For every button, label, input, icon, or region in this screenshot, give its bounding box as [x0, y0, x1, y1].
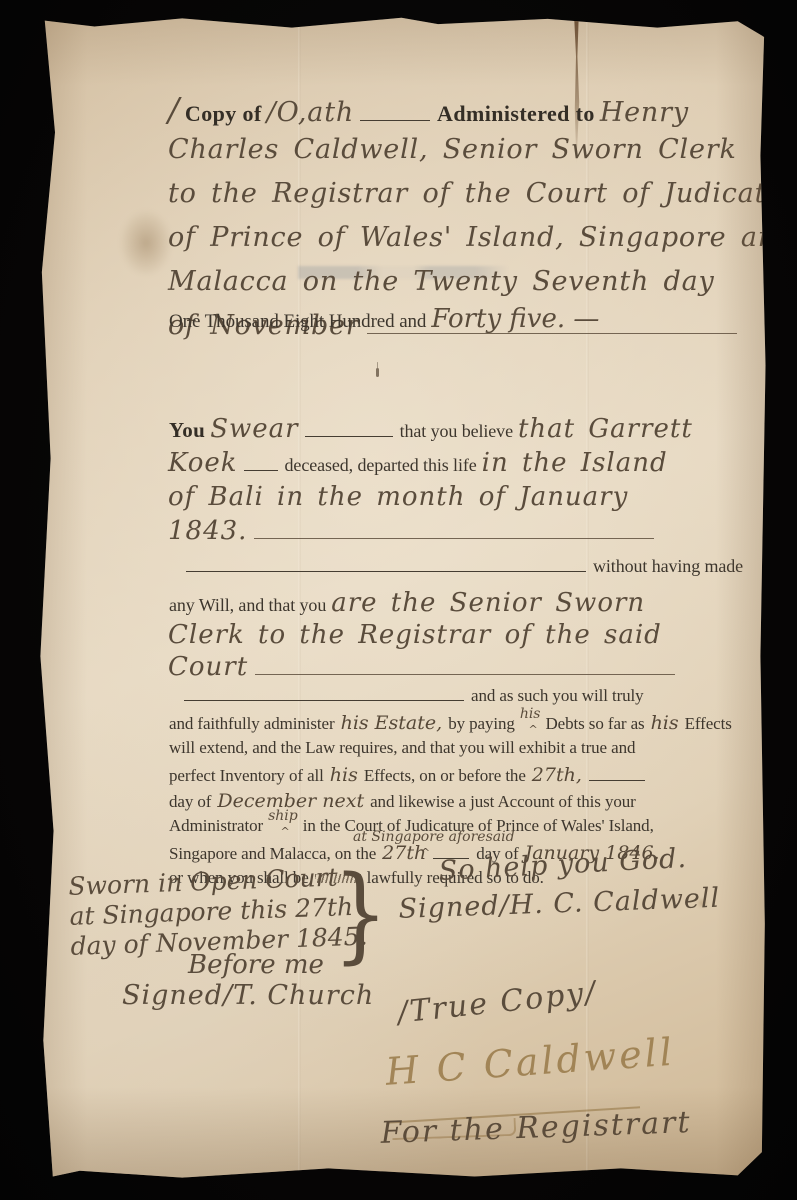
signature-text: H C Caldwell [384, 1030, 676, 1094]
text-line: } [330, 858, 391, 970]
printed-heading-text: You [169, 418, 205, 442]
printed-text: will extend, and the Law requires, and t… [169, 738, 635, 757]
text-line: Clerk to the Registrar of the said [166, 620, 746, 652]
text-line: Court [166, 652, 746, 684]
text-line: H C Caldwell [384, 1030, 676, 1094]
year-line: One Thousand Eight Hundred andForty five… [166, 304, 601, 334]
printed-heading-text: Copy of [185, 101, 262, 126]
printed-text: that you believe [400, 421, 513, 441]
handwritten-text: are the Senior Sworn [331, 588, 645, 618]
handwritten-insert-text: his Estate, [341, 712, 443, 734]
text-line: perfect Inventory of allhisEffects, on o… [166, 764, 735, 790]
handwritten-insert-text: his [651, 712, 679, 734]
handwritten-text: of Bali in the month of January [168, 482, 628, 512]
attestation-brace: } [330, 858, 391, 970]
sworn-in-open-court-attestation: Sworn in Open Courtat Singapore this 27t… [66, 861, 370, 961]
handwritten-text: in the Island [482, 448, 668, 478]
photograph-background: { "colors": { "background": "#070605", "… [0, 0, 797, 1200]
interlinear-inserted-text: at Singapore aforesaid [353, 829, 515, 845]
handwritten-text: Court [168, 652, 248, 682]
text-line: 1843. [166, 516, 695, 550]
text-line: Charles Caldwell, Senior Sworn Clerk [166, 134, 797, 178]
text-line: and faithfully administerhis Estate,by p… [166, 712, 735, 738]
handwritten-insert-text: his [330, 764, 358, 786]
printed-text: day of [169, 792, 211, 811]
handwritten-text: / [168, 90, 180, 129]
printed-text: perfect Inventory of all [169, 766, 324, 785]
printed-text: without having made [593, 556, 743, 576]
text-line: day ofDecember nextand likewise a just A… [166, 790, 735, 816]
printed-text: any Will, and that you [169, 595, 326, 615]
blank-underline-rule [184, 687, 464, 701]
printed-text: Effects [685, 714, 732, 733]
handwritten-underline-rule [255, 662, 675, 675]
printed-text: Effects, on or before the [364, 766, 526, 785]
handwritten-text: Charles Caldwell, Senior Sworn Clerk [168, 134, 737, 165]
handwritten-text: Koek [168, 448, 238, 478]
printed-heading-text: Administered to [437, 101, 595, 126]
handwritten-text: Henry [600, 97, 689, 128]
handwritten-text: of Prince of Wales' Island, Singapore an… [168, 222, 794, 253]
blank-underline-rule [186, 558, 586, 572]
church-signature-line: Signed/T. Church [120, 980, 376, 1011]
handwritten-text: Before me [188, 950, 324, 980]
handwritten-underline-rule [254, 526, 654, 539]
text-line: YouSwearthat you believethat Garrett [166, 414, 695, 448]
text-line: One Thousand Eight Hundred andForty five… [166, 304, 601, 334]
registrar-ink-signature: H C Caldwell [384, 1030, 676, 1094]
blank-underline-rule [360, 107, 430, 121]
handwritten-text: 1843. [168, 516, 247, 546]
handwritten-text: Swear [210, 414, 298, 444]
brace-mark: } [333, 854, 388, 975]
handwritten-text: to the Registrar of the Court of Judicat… [168, 178, 797, 209]
stray-ink-mark [376, 368, 379, 377]
blank-underline-rule [589, 767, 645, 781]
true-copy-line: /True Copy/ [394, 975, 601, 1031]
interlinear-inserted-text: his [520, 706, 541, 722]
handwritten-text: /O,ath [267, 97, 354, 128]
printed-text: deceased, departed this life [285, 455, 477, 475]
text-line: to the Registrar of the Court of Judicat… [166, 178, 797, 222]
handwritten-insert-text: 27th, [532, 764, 582, 786]
text-line: and as such you will truly [180, 686, 735, 712]
text-line: without having made [182, 556, 746, 588]
handwritten-text: that Garrett [518, 414, 693, 444]
before-me-line: Before me [186, 950, 326, 980]
paper-stain-blotch [120, 210, 172, 276]
text-line: /Copy of/O,athAdministered toHenry [166, 90, 797, 134]
text-line: of Bali in the month of January [166, 482, 695, 516]
text-line: of Prince of Wales' Island, Singapore an… [166, 222, 797, 266]
printed-text: Debts so far as [546, 714, 645, 733]
handwritten-text: Signed/T. Church [122, 980, 374, 1011]
will-paragraph: without having madeany Will, and that yo… [166, 556, 746, 684]
text-line: any Will, and that youare the Senior Swo… [166, 588, 746, 620]
printed-text: and likewise a just Account of this your [370, 792, 636, 811]
handwritten-text: Malacca on the Twenty Seventh day [168, 266, 715, 297]
text-line: will extend, and the Law requires, and t… [166, 738, 735, 764]
text-line: Before me [186, 950, 326, 980]
blank-underline-rule [305, 423, 393, 437]
printed-text: and faithfully administer [169, 714, 335, 733]
printed-text: and as such you will truly [471, 686, 644, 705]
printed-text: Administrator [169, 816, 263, 835]
handwritten-text: /True Copy/ [396, 975, 599, 1031]
printed-text: by paying [448, 714, 515, 733]
text-line: /True Copy/ [394, 975, 601, 1031]
document-paper-sheet: /Copy of/O,athAdministered toHenryCharle… [36, 16, 767, 1180]
handwritten-text: Clerk to the Registrar of the said [168, 620, 662, 650]
text-line: Koekdeceased, departed this lifein the I… [166, 448, 695, 482]
interlinear-inserted-text: ship [268, 808, 298, 824]
printed-text: One Thousand Eight Hundred and [169, 311, 426, 332]
handwritten-text: Forty five. — [431, 304, 599, 334]
swear-paragraph: YouSwearthat you believethat GarrettKoek… [166, 414, 695, 550]
text-line: Signed/T. Church [120, 980, 376, 1011]
blank-underline-rule [244, 457, 278, 471]
